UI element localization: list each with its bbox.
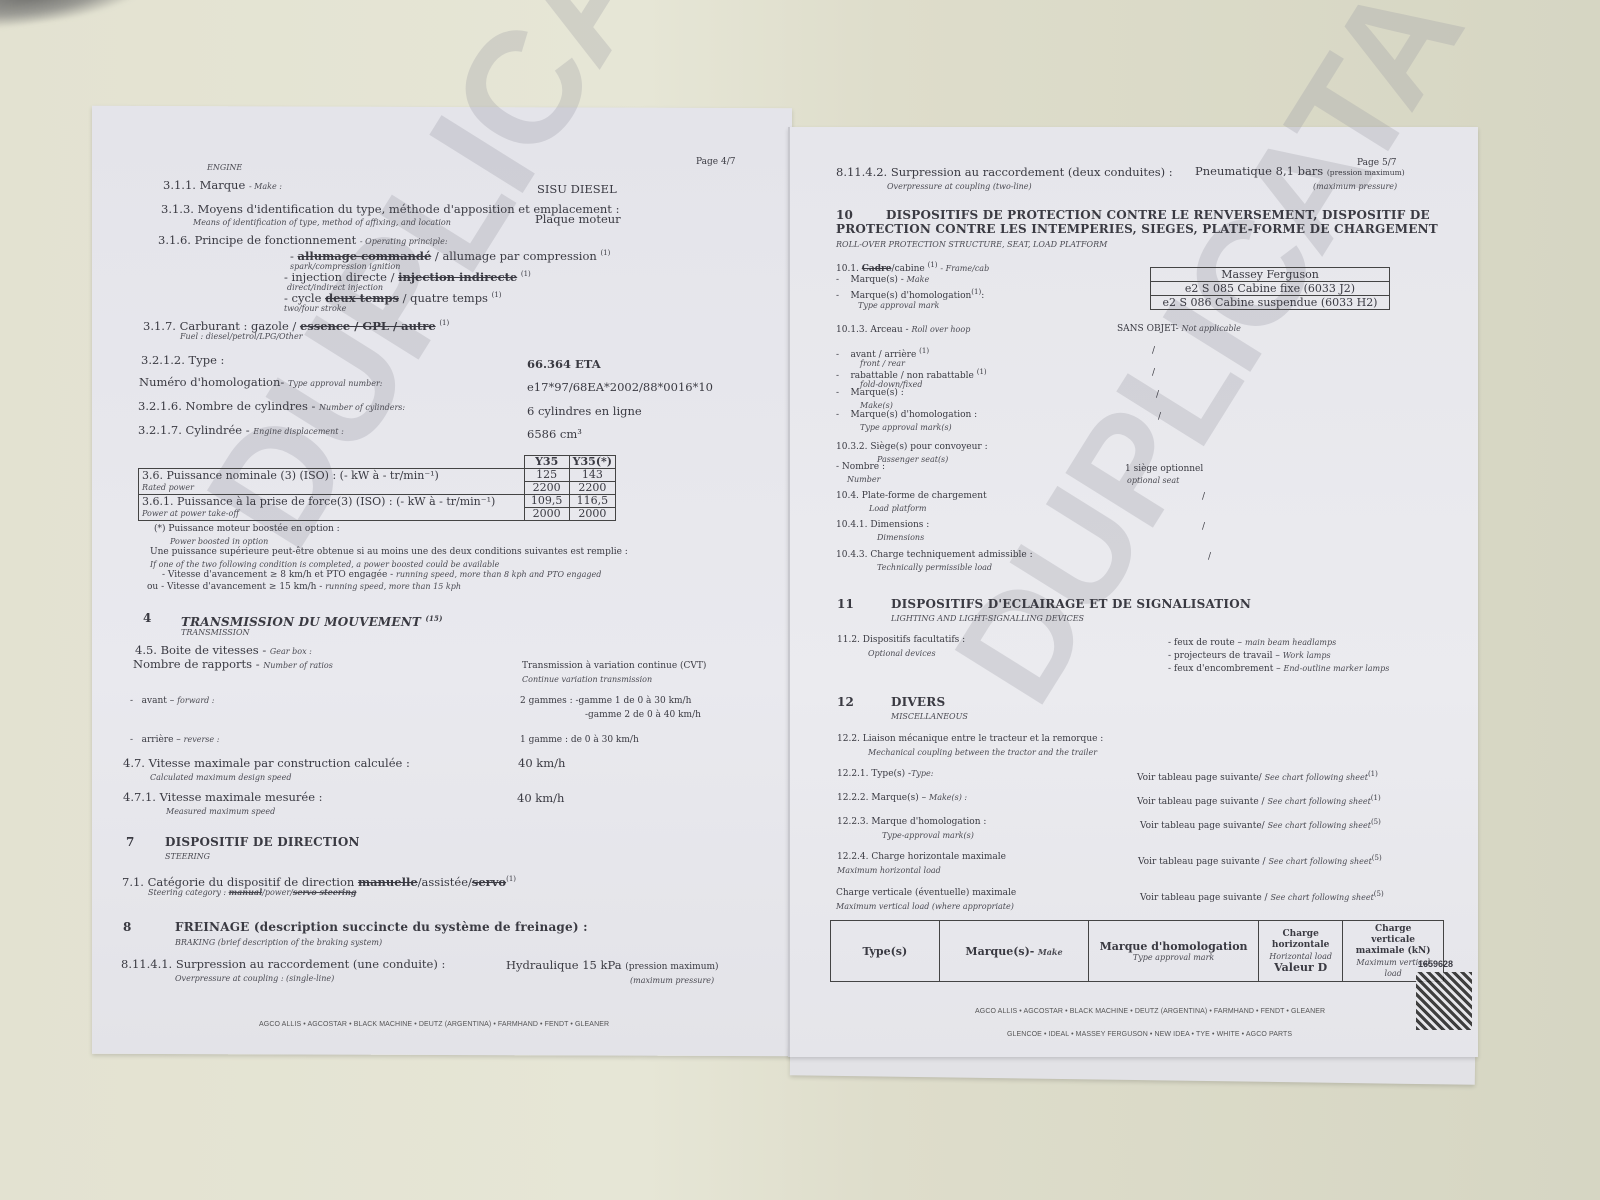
pto-power-rpm: 2000 bbox=[524, 508, 569, 521]
forward-value-2: -gamme 2 de 0 à 40 km/h bbox=[585, 709, 701, 722]
footer-brands-right-1: AGCO ALLIS • AGCOSTAR • BLACK MACHINE • … bbox=[975, 1005, 1325, 1018]
footer-brands-right-2: GLENCOE • IDEAL • MASSEY FERGUSON • NEW … bbox=[1007, 1028, 1292, 1041]
reverse-value: 1 gamme : de 0 à 30 km/h bbox=[520, 734, 639, 747]
section-8-title: FREINAGE (description succincte du systè… bbox=[175, 921, 588, 934]
section-12-title: DIVERS bbox=[891, 696, 945, 709]
coupling-en: Mechanical coupling between the tractor … bbox=[868, 746, 1097, 759]
vertical-load-row: Charge verticale (éventuelle) maximale bbox=[836, 887, 1016, 900]
device-marker-lamps: - feux d'encombrement – End-outline mark… bbox=[1168, 662, 1389, 676]
hoop-item-approval-value: / bbox=[1158, 411, 1161, 424]
single-line-value-en: (maximum pressure) bbox=[630, 974, 714, 987]
make-label-en: - Make : bbox=[249, 182, 282, 191]
cab-approval-en: Type approval mark bbox=[858, 299, 939, 312]
coupling-make-row: 12.2.2. Marque(s) – Make(s) : bbox=[837, 791, 967, 805]
serial-number: 1659628 bbox=[1418, 958, 1453, 971]
identification-label-en: Means of identification of type, method … bbox=[193, 216, 451, 229]
rated-power-rpm-boost: 2200 bbox=[569, 482, 615, 495]
load-value: / bbox=[1208, 551, 1211, 564]
pto-power-rpm-boost: 2000 bbox=[569, 508, 615, 521]
section-11-title: DISPOSITIFS D'ECLAIRAGE ET DE SIGNALISAT… bbox=[891, 598, 1251, 611]
power-table: Y35 Y35(*) 3.6. Puissance nominale (3) (… bbox=[138, 455, 616, 521]
coupling-approval-value: Voir tableau page suivante/ See chart fo… bbox=[1140, 816, 1381, 833]
col-horizontal: ChargehorizontaleHorizontal loadValeur D bbox=[1258, 921, 1342, 982]
page-fold bbox=[788, 127, 790, 1057]
pto-power-kw-boost: 116,5 bbox=[569, 495, 615, 508]
footer-brands-left: AGCO ALLIS • AGCOSTAR • BLACK MACHINE • … bbox=[259, 1018, 609, 1031]
coupling-type-row: 12.2.1. Type(s) -Type: bbox=[837, 767, 933, 781]
fuel-en: Fuel : diesel/petrol/LPG/Other bbox=[180, 330, 303, 343]
max-design-value: 40 km/h bbox=[518, 757, 565, 770]
rated-power-kw: 125 bbox=[524, 469, 569, 482]
coupling-label: 12.2. Liaison mécanique entre le tracteu… bbox=[837, 733, 1103, 746]
single-line-en: Overpressure at coupling : (single-line) bbox=[175, 972, 334, 985]
hoop-item-front-rear-value: / bbox=[1152, 345, 1155, 358]
reverse-row: - arrière – reverse : bbox=[130, 733, 219, 747]
horizontal-load-value: Voir tableau page suivante / See chart f… bbox=[1138, 852, 1382, 869]
background-shadow bbox=[0, 0, 153, 33]
cylinders-value: 6 cylindres en ligne bbox=[527, 405, 642, 418]
section-8-title-en: BRAKING (brief description of the brakin… bbox=[175, 936, 382, 949]
displacement-row: 3.2.1.7. Cylindrée - Engine displacement… bbox=[138, 424, 344, 438]
col-types: Type(s) bbox=[831, 921, 940, 982]
cylinders-row: 3.2.1.6. Nombre de cylindres - Number of… bbox=[138, 400, 405, 414]
two-line-label: 8.11.4.2. Surpression au raccordement (d… bbox=[836, 166, 1173, 179]
steering-category-en: Steering category : manual/power/servo s… bbox=[148, 886, 357, 899]
cab-make-value: Massey Ferguson bbox=[1151, 268, 1390, 282]
section-4-title-en: TRANSMISSION bbox=[181, 626, 250, 639]
pto-power-label: 3.6.1. Puissance à la prise de force(3) … bbox=[139, 495, 525, 521]
optional-devices-en: Optional devices bbox=[868, 647, 936, 660]
gearbox-row: 4.5. Boite de vitesses - Gear box : bbox=[135, 644, 312, 658]
cab-approval-suspended: e2 S 086 Cabine suspendue (6033 H2) bbox=[1151, 296, 1390, 310]
cab-make-row: - Marque(s) - Make bbox=[836, 273, 929, 287]
coupling-type-value: Voir tableau page suivante/ See chart fo… bbox=[1137, 768, 1378, 785]
vertical-load-value: Voir tableau page suivante / See chart f… bbox=[1140, 888, 1384, 905]
rated-power-rpm: 2200 bbox=[524, 482, 569, 495]
platform-en: Load platform bbox=[869, 502, 926, 515]
make-label: 3.1.1. Marque bbox=[163, 178, 245, 192]
section-4-number: 4 bbox=[143, 612, 152, 625]
section-12-title-en: MISCELLANEOUS bbox=[891, 710, 968, 723]
section-12-number: 12 bbox=[837, 696, 854, 709]
section-10-title-en: ROLL-OVER PROTECTION STRUCTURE, SEAT, LO… bbox=[836, 238, 1107, 251]
two-line-en: Overpressure at coupling (two-line) bbox=[887, 180, 1032, 193]
make-row: 3.1.1. Marque - Make : bbox=[163, 179, 282, 193]
boost-cond2: ou - Vitesse d'avancement ≥ 15 km/h - ru… bbox=[147, 580, 461, 594]
max-design-en: Calculated maximum design speed bbox=[150, 771, 291, 784]
cab-approval-fixed: e2 S 085 Cabine fixe (6033 J2) bbox=[1151, 282, 1390, 296]
horizontal-load-en: Maximum horizontal load bbox=[837, 864, 941, 877]
vertical-load-en: Maximum vertical load (where appropriate… bbox=[836, 900, 1014, 913]
section-7-title-en: STEERING bbox=[165, 850, 210, 863]
device-main-beam: - feux de route – main beam headlamps bbox=[1168, 636, 1336, 650]
hoop-item-approval-en: Type approval mark(s) bbox=[860, 421, 952, 434]
security-code-icon bbox=[1416, 972, 1472, 1030]
ratios-value-en: Continue variation transmission bbox=[522, 673, 652, 686]
operating-label-en: - Operating principle: bbox=[360, 237, 448, 246]
seat-en: Passenger seat(s) bbox=[877, 453, 948, 466]
two-line-value-en: (maximum pressure) bbox=[1313, 180, 1397, 193]
pto-power-kw: 109,5 bbox=[524, 495, 569, 508]
cycle-en: two/four stroke bbox=[284, 302, 346, 315]
power-header-y35: Y35 bbox=[524, 456, 569, 469]
coupling-approval-en: Type-approval mark(s) bbox=[882, 829, 974, 842]
two-line-value: Pneumatique 8,1 bars (pression maximum) bbox=[1195, 165, 1405, 179]
type-label: 3.2.1.2. Type : bbox=[141, 354, 224, 367]
section-8-number: 8 bbox=[123, 921, 132, 934]
ratios-row: Nombre de rapports - Number of ratios bbox=[133, 658, 333, 672]
ratios-value: Transmission à variation continue (CVT) bbox=[522, 660, 706, 673]
approval-row: Numéro d'homologation- Type approval num… bbox=[139, 376, 383, 390]
page-number-left: Page 4/7 bbox=[696, 156, 735, 169]
cab-make-table: Massey Ferguson e2 S 085 Cabine fixe (60… bbox=[1150, 267, 1390, 310]
max-design-label: 4.7. Vitesse maximale par construction c… bbox=[123, 757, 410, 770]
type-value: 66.364 ETA bbox=[527, 358, 601, 371]
operating-row: 3.1.6. Principe de fonctionnement - Oper… bbox=[158, 234, 448, 248]
max-measured-en: Measured maximum speed bbox=[166, 805, 275, 818]
displacement-value: 6586 cm³ bbox=[527, 428, 582, 441]
single-line-value: Hydraulique 15 kPa (pression maximum) bbox=[506, 959, 719, 974]
rated-power-kw-boost: 143 bbox=[569, 469, 615, 482]
section-11-number: 11 bbox=[837, 598, 854, 611]
section-10-title-2: PROTECTION CONTRE LES INTEMPERIES, SIEGE… bbox=[836, 223, 1438, 236]
section-label-engine: ENGINE bbox=[207, 161, 242, 174]
operating-label: 3.1.6. Principe de fonctionnement bbox=[158, 233, 356, 247]
seat-number-en: Number bbox=[847, 473, 880, 486]
coupling-approval-row: 12.2.3. Marque d'homologation : bbox=[837, 816, 986, 829]
section-7-title: DISPOSITIF DE DIRECTION bbox=[165, 836, 360, 849]
forward-value-1: 2 gammes : -gamme 1 de 0 à 30 km/h bbox=[520, 695, 691, 708]
coupling-table: Type(s) Marque(s)- Make Marque d'homolog… bbox=[830, 920, 1444, 982]
make-value: SISU DIESEL bbox=[537, 183, 617, 196]
identification-value: Plaque moteur bbox=[535, 213, 621, 226]
hoop-item-make-value: / bbox=[1156, 389, 1159, 402]
hoop-item-fold-value: / bbox=[1152, 367, 1155, 380]
section-11-title-en: LIGHTING AND LIGHT-SIGNALLING DEVICES bbox=[891, 612, 1084, 625]
max-measured-label: 4.7.1. Vitesse maximale mesurée : bbox=[123, 791, 323, 804]
power-header-y35-boost: Y35(*) bbox=[569, 456, 615, 469]
dimensions-value: / bbox=[1202, 521, 1205, 534]
approval-value: e17*97/68EA*2002/88*0016*10 bbox=[527, 381, 713, 394]
hoop-row: 10.1.3. Arceau - Roll over hoop bbox=[836, 323, 970, 337]
device-work-lamps: - projecteurs de travail – Work lamps bbox=[1168, 649, 1331, 663]
forward-row: - avant – forward : bbox=[130, 694, 215, 708]
hoop-value: SANS OBJET- Not applicable bbox=[1117, 322, 1241, 336]
section-10-title-1: DISPOSITIFS DE PROTECTION CONTRE LE RENV… bbox=[886, 209, 1430, 222]
load-en: Technically permissible load bbox=[877, 561, 992, 574]
rated-power-label: 3.6. Puissance nominale (3) (ISO) : (- k… bbox=[139, 469, 525, 495]
single-line-label: 8.11.4.1. Surpression au raccordement (u… bbox=[121, 958, 445, 971]
horizontal-load-row: 12.2.4. Charge horizontale maximale bbox=[837, 851, 1006, 864]
max-measured-value: 40 km/h bbox=[517, 792, 564, 805]
dimensions-en: Dimensions bbox=[877, 531, 924, 544]
seat-number-value-en: optional seat bbox=[1127, 474, 1179, 487]
platform-value: / bbox=[1202, 491, 1205, 504]
col-make: Marque(s)- Make bbox=[939, 921, 1088, 982]
section-10-number: 10 bbox=[836, 209, 853, 222]
coupling-make-value: Voir tableau page suivante / See chart f… bbox=[1137, 792, 1381, 809]
optional-devices-label: 11.2. Dispositifs facultatifs : bbox=[837, 634, 965, 647]
col-approval: Marque d'homologationType approval mark bbox=[1089, 921, 1259, 982]
section-7-number: 7 bbox=[126, 836, 135, 849]
